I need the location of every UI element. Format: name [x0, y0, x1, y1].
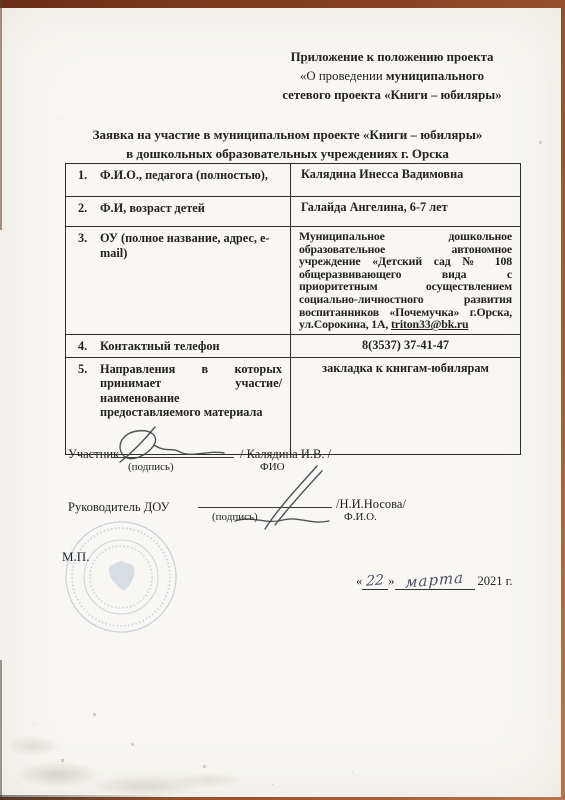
participant-name: / Калядина И.В. /	[240, 447, 331, 462]
scan-edge-bottom	[0, 795, 175, 800]
header-note-line2: «О проведении муниципального	[267, 67, 517, 86]
row-label-cell: 4.Контактный телефон	[66, 334, 291, 357]
row-value: закладка к книгам-юбилярам	[322, 361, 489, 375]
date-line: «22»марта2021 г.	[356, 571, 512, 590]
row-label-cell: 3.ОУ (полное название, адрес, e-mail)	[66, 227, 291, 335]
row-value: 8(3537) 37-41-47	[362, 338, 449, 352]
email-text: triton33@bk.ru	[391, 317, 468, 331]
header-note-line3: сетевого проекта «Книги – юбиляры»	[267, 86, 517, 105]
director-fio-caption: Ф.И.О.	[344, 511, 377, 523]
page-title-line1: Заявка на участие в муниципальном проект…	[14, 126, 561, 145]
row-value: Калядина Инесса Вадимовна	[301, 167, 463, 181]
row-label: Контактный телефон	[100, 339, 220, 353]
row-number: 5.	[78, 362, 100, 377]
scan-background: Приложение к положению проекта «О провед…	[0, 0, 565, 800]
date-year: 2021 г.	[478, 574, 513, 588]
row-number: 4.	[78, 339, 100, 354]
row-value-cell: Галайда Ангелина, 6-7 лет	[291, 197, 521, 227]
stamp-place-label: М.П.	[62, 549, 89, 565]
scan-noise	[0, 0, 1, 1]
header-note: Приложение к положению проекта «О провед…	[267, 48, 517, 105]
row-value-cell: закладка к книгам-юбилярам	[291, 357, 521, 454]
row-label-cell: 1.Ф.И.О., педагога (полностью),	[66, 164, 291, 197]
row-label-cell: 2.Ф.И, возраст детей	[66, 197, 291, 227]
scan-smudge	[8, 724, 258, 794]
handwritten-month: марта	[395, 571, 475, 590]
row-number: 1.	[78, 168, 100, 183]
row-label: Ф.И, возраст детей	[100, 201, 205, 215]
participant-sign-caption: (подпись)	[128, 461, 174, 473]
scan-edge-left-top	[0, 0, 2, 230]
row-label: Направления в которых принимает участие/…	[100, 362, 282, 420]
scan-edge-left-bottom	[0, 660, 2, 800]
table-row-phone: 4.Контактный телефон 8(3537) 37-41-47	[66, 334, 521, 357]
application-table: 1.Ф.И.О., педагога (полностью), Калядина…	[65, 163, 521, 455]
director-sign-caption: (подпись)	[212, 511, 258, 523]
director-name: /Н.И.Носова/	[336, 497, 406, 512]
official-stamp	[62, 518, 180, 636]
page-title: Заявка на участие в муниципальном проект…	[0, 126, 561, 163]
row-value-cell: 8(3537) 37-41-47	[291, 334, 521, 357]
table-row-fio: 1.Ф.И.О., педагога (полностью), Калядина…	[66, 164, 521, 197]
table-row-children: 2.Ф.И, возраст детей Галайда Ангелина, 6…	[66, 197, 521, 227]
row-value: Муниципальное дошкольное образовательное…	[299, 229, 512, 331]
row-value: Галайда Ангелина, 6-7 лет	[301, 200, 448, 214]
header-note-line1: Приложение к положению проекта	[267, 48, 517, 67]
row-label: Ф.И.О., педагога (полностью),	[100, 168, 268, 182]
row-value-cell: Муниципальное дошкольное образовательное…	[291, 227, 521, 335]
document-sheet: Приложение к положению проекта «О провед…	[0, 8, 561, 797]
handwritten-day: 22	[362, 573, 388, 590]
row-number: 3.	[78, 231, 100, 246]
page-title-line2: в дошкольных образовательных учреждениях…	[14, 145, 561, 164]
table-row-institution: 3.ОУ (полное название, адрес, e-mail) Му…	[66, 227, 521, 335]
row-label: ОУ (полное название, адрес, e-mail)	[100, 231, 270, 260]
director-role-label: Руководитель ДОУ	[68, 500, 169, 515]
row-value-cell: Калядина Инесса Вадимовна	[291, 164, 521, 197]
row-number: 2.	[78, 201, 100, 216]
